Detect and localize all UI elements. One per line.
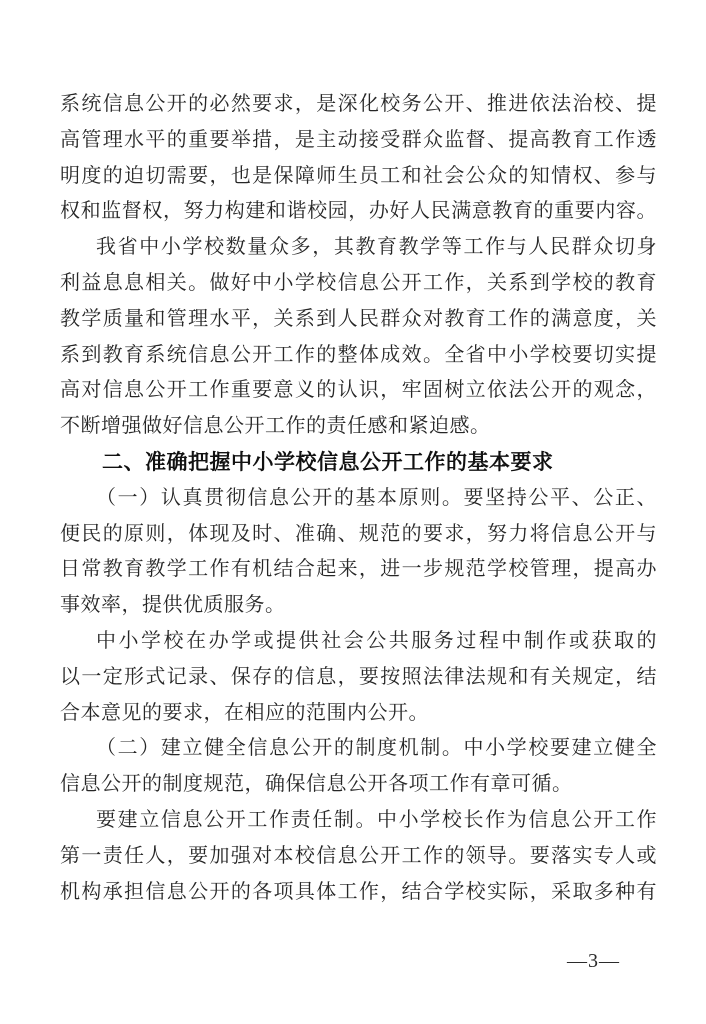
text-line: 利益息息相关。做好中小学校信息公开工作，关系到学校的教育 [60, 266, 657, 302]
text-line: 中小学校在办学或提供社会公共服务过程中制作或获取的 [60, 624, 657, 660]
text-line: 以一定形式记录、保存的信息，要按照法律法规和有关规定，结 [60, 660, 657, 696]
text-line: 第一责任人，要加强对本校信息公开工作的领导。要落实专人或 [60, 839, 657, 875]
document-text: 系统信息公开的必然要求，是深化校务公开、推进依法治校、提 高管理水平的重要举措，… [60, 87, 657, 910]
text-line: 明度的迫切需要，也是保障师生员工和社会公众的知情权、参与 [60, 159, 657, 195]
text-line: 事效率，提供优质服务。 [60, 588, 657, 624]
section-heading: 二、准确把握中小学校信息公开工作的基本要求 [60, 445, 657, 481]
text-line: 系统信息公开的必然要求，是深化校务公开、推进依法治校、提 [60, 87, 657, 123]
text-line: 合本意见的要求，在相应的范围内公开。 [60, 696, 657, 732]
text-line: 便民的原则，体现及时、准确、规范的要求，努力将信息公开与 [60, 517, 657, 553]
text-line: 教学质量和管理水平，关系到人民群众对教育工作的满意度，关 [60, 302, 657, 338]
text-line: 机构承担信息公开的各项具体工作，结合学校实际，采取多种有 [60, 875, 657, 911]
document-page: 系统信息公开的必然要求，是深化校务公开、推进依法治校、提 高管理水平的重要举措，… [0, 0, 706, 1024]
text-line: 信息公开的制度规范，确保信息公开各项工作有章可循。 [60, 767, 657, 803]
text-line: 要建立信息公开工作责任制。中小学校长作为信息公开工作 [60, 803, 657, 839]
text-line: （一）认真贯彻信息公开的基本原则。要坚持公平、公正、 [60, 481, 657, 517]
text-line: 不断增强做好信息公开工作的责任感和紧迫感。 [60, 409, 657, 445]
text-line: （二）建立健全信息公开的制度机制。中小学校要建立健全 [60, 731, 657, 767]
text-line: 权和监督权，努力构建和谐校园，办好人民满意教育的重要内容。 [60, 194, 657, 230]
text-line: 系到教育系统信息公开工作的整体成效。全省中小学校要切实提 [60, 338, 657, 374]
text-line: 日常教育教学工作有机结合起来，进一步规范学校管理，提高办 [60, 552, 657, 588]
page-number: —3— [567, 950, 620, 973]
text-line: 高对信息公开工作重要意义的认识，牢固树立依法公开的观念， [60, 373, 657, 409]
text-line: 高管理水平的重要举措，是主动接受群众监督、提高教育工作透 [60, 123, 657, 159]
text-line: 我省中小学校数量众多，其教育教学等工作与人民群众切身 [60, 230, 657, 266]
